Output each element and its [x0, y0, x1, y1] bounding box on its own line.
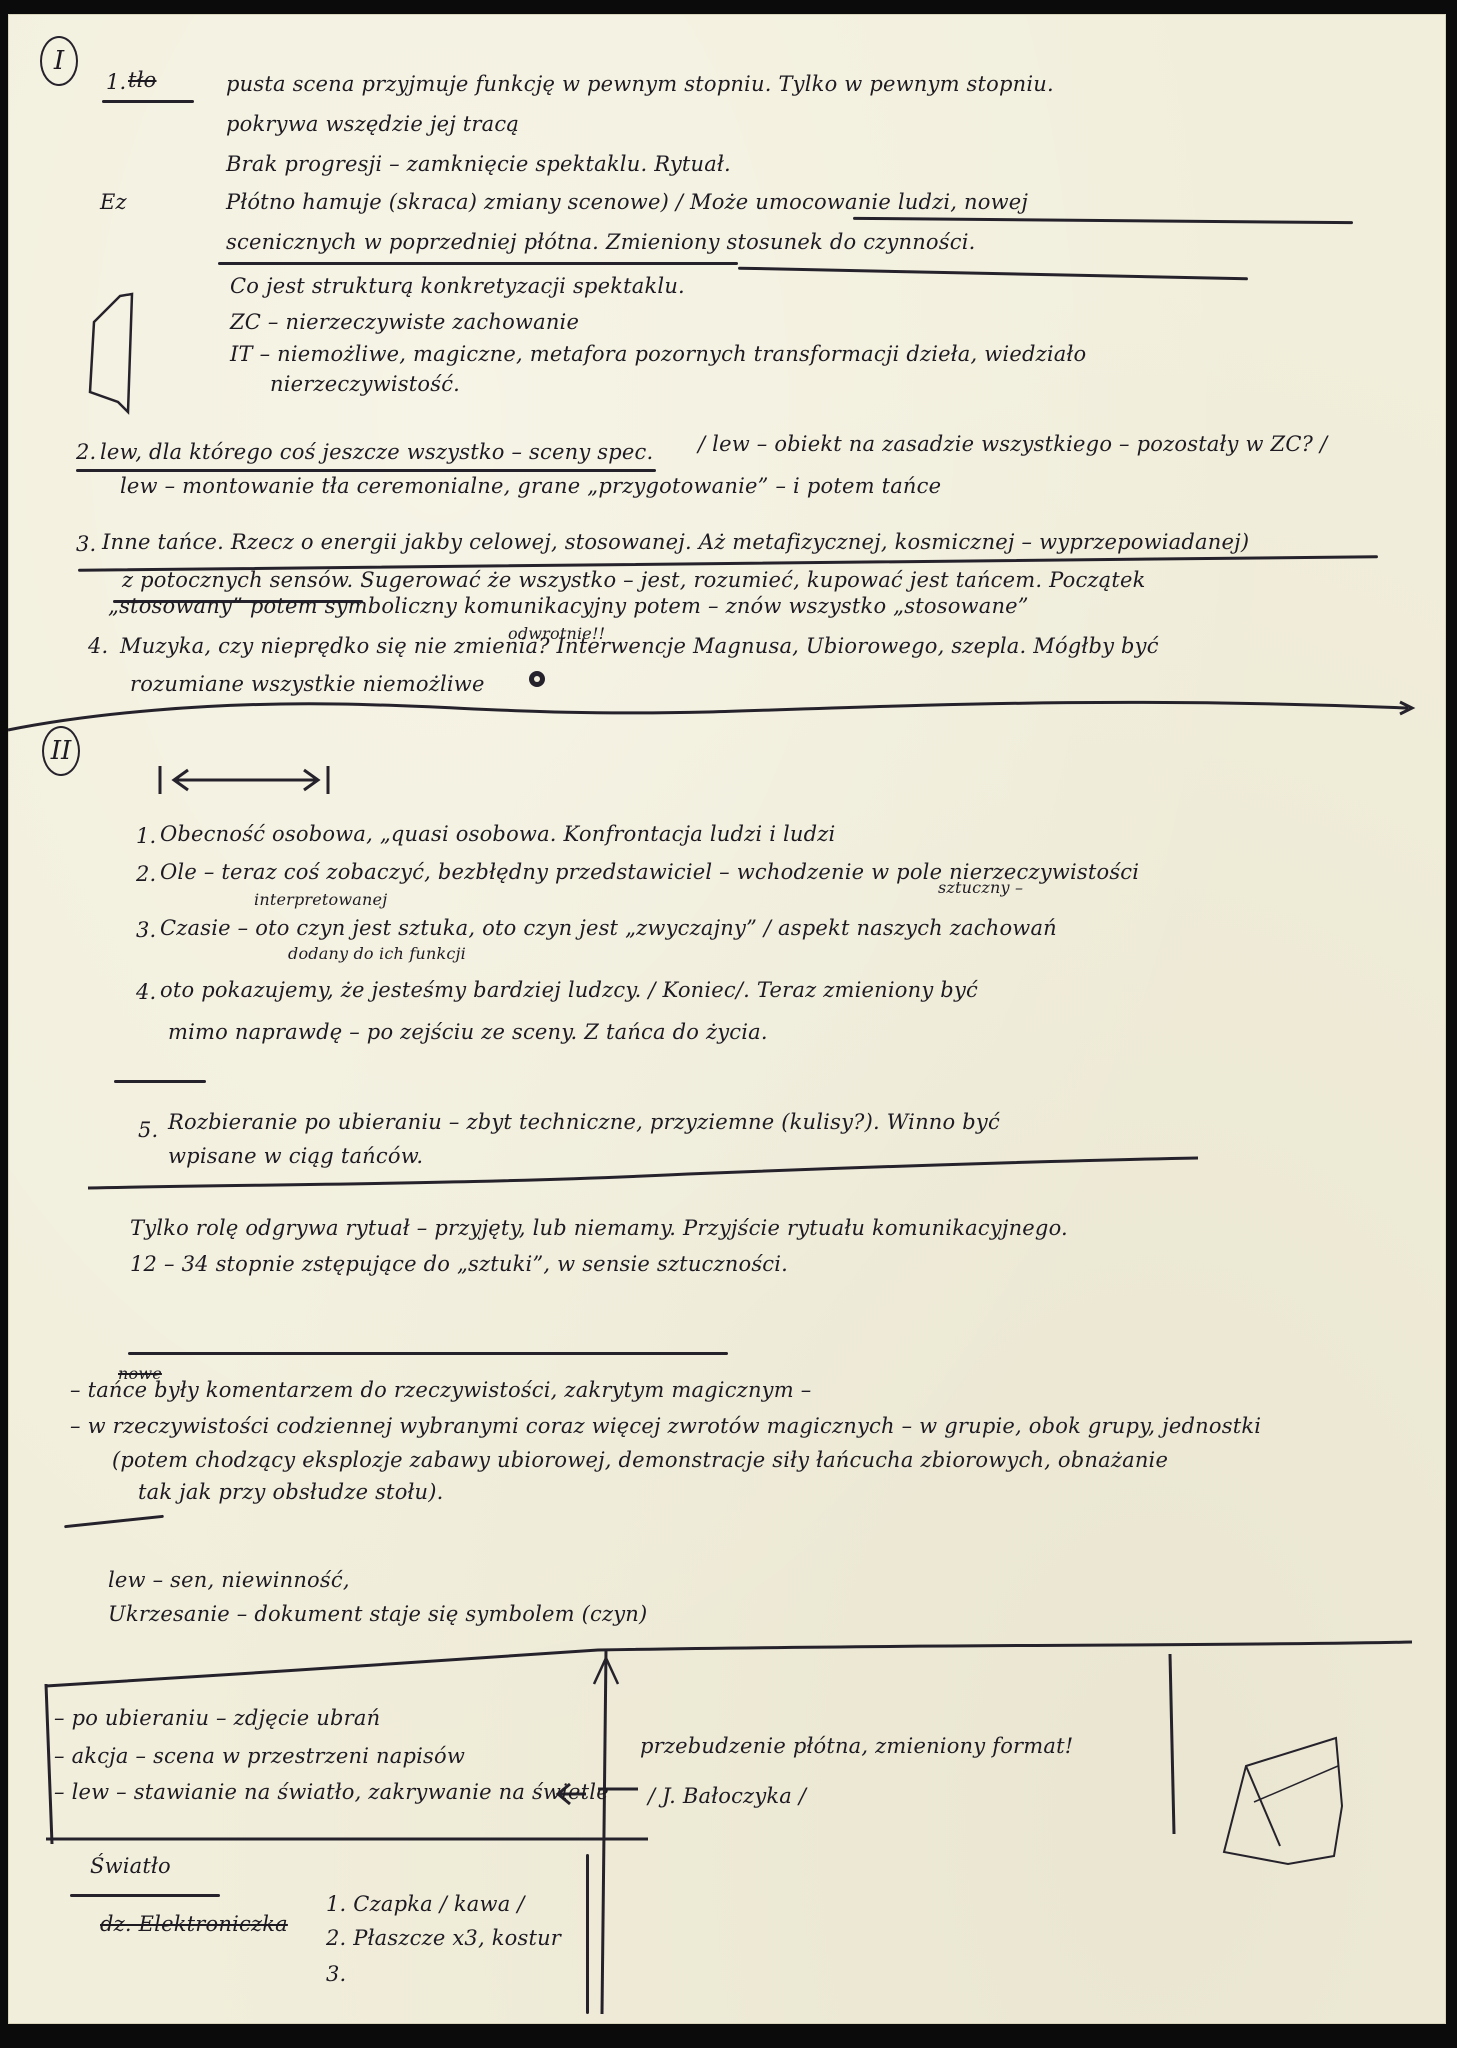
item-number: 3. — [76, 534, 96, 555]
box-bullet: – akcja – scena w przestrzeni napisów — [54, 1746, 465, 1767]
text-line: lew – montowanie tła ceremonialne, grane… — [120, 476, 941, 497]
short-divider — [64, 1515, 164, 1528]
vertical-divider — [586, 1854, 589, 2014]
item-number: 1. — [106, 72, 126, 93]
underline — [853, 217, 1353, 224]
bullet-line: (potem chodzący eksplozje zabawy ubiorow… — [112, 1450, 1168, 1471]
text-line: mimo naprawdę – po zejściu ze sceny. Z t… — [168, 1022, 768, 1043]
item-number: 3. — [136, 920, 156, 941]
section-marker-label: II — [51, 736, 72, 766]
text-line: Czasie – oto czyn jest sztuka, oto czyn … — [160, 918, 1057, 939]
text-line: Co jest strukturą konkretyzacji spektakl… — [230, 276, 685, 297]
text-line: Ukrzesanie – dokument staje się symbolem… — [108, 1604, 647, 1625]
bullet-line: tak jak przy obsłudze stołu). — [138, 1482, 444, 1503]
text-line: scenicznych w poprzedniej płótna. Zmieni… — [226, 232, 976, 253]
manuscript-page: I 1. tło pusta scena przyjmuje funkcję w… — [8, 14, 1446, 2024]
underline — [738, 267, 1248, 281]
underline — [218, 262, 738, 265]
lower-left-heading: Światło — [90, 1856, 171, 1877]
text-line: pokrywa wszędzie jej tracą — [226, 114, 519, 135]
section-divider — [128, 1352, 728, 1355]
text-line: lew – sen, niewinność, — [108, 1570, 350, 1591]
text-line: IT – niemożliwe, magiczne, metafora pozo… — [230, 344, 1086, 365]
text-line: Rozbieranie po ubieraniu – zbyt technicz… — [168, 1112, 1000, 1133]
bracket-note: / J. Bałoczyka / — [648, 1786, 806, 1807]
text-line: Tylko rolę odgrywa rytuał – przyjęty, lu… — [130, 1218, 1068, 1239]
text-line: Obecność osobowa, „quasi osobowa. Konfro… — [160, 824, 835, 845]
underline — [76, 469, 656, 472]
text-line: pusta scena przyjmuje funkcję w pewnym s… — [226, 74, 1054, 95]
box-bullet: – lew – stawianie na światło, zakrywanie… — [54, 1782, 609, 1803]
section-marker-label: I — [54, 46, 64, 76]
struck-heading: tło — [128, 70, 157, 91]
text-line: lew, dla którego coś jeszcze wszystko – … — [100, 442, 653, 463]
list-item: 1. Czapka / kawa / — [326, 1894, 525, 1915]
interlinear-note: sztuczny – — [938, 880, 1023, 896]
section-marker-ii: II — [42, 726, 80, 776]
underline — [102, 100, 194, 103]
text-line: ZC – nierzeczywiste zachowanie — [230, 312, 579, 333]
bullet-line: – tańce były komentarzem do rzeczywistoś… — [70, 1380, 811, 1401]
text-line: „stosowany” potem symboliczny komunikacy… — [108, 596, 1029, 617]
margin-mark: Ez — [100, 192, 127, 213]
text-line: Płótno hamuje (skraca) zmiany scenowe) /… — [226, 192, 1028, 213]
text-line: Muzyka, czy nieprędko się nie zmienia? I… — [120, 636, 1159, 657]
item-number: 5. — [138, 1120, 158, 1141]
sub-note: dodany do ich funkcji — [288, 946, 466, 962]
section-divider — [88, 1154, 1208, 1194]
section-marker-i: I — [40, 36, 78, 86]
item-number: 1. — [136, 826, 156, 847]
text-line: Inne tańce. Rzecz o energii jakby celowe… — [102, 532, 1249, 553]
short-divider — [70, 1894, 220, 1897]
box-frame — [38, 1634, 1418, 2034]
list-item: 2. Płaszcze x3, kostur — [326, 1928, 561, 1949]
bullet-dot-icon — [526, 668, 548, 690]
section-divider — [8, 694, 1428, 734]
item-number: 4. — [136, 982, 156, 1003]
double-arrow-icon — [156, 762, 336, 798]
text-line: z potocznych sensów. Sugerować że wszyst… — [122, 570, 1146, 591]
box-bullet: – po ubieraniu – zdjęcie ubrań — [54, 1708, 380, 1729]
sub-note: interpretowanej — [254, 892, 387, 908]
text-line: oto pokazujemy, że jesteśmy bardziej lud… — [160, 980, 978, 1001]
shield-sketch-icon — [1218, 1736, 1348, 1876]
trapezoid-sketch-icon — [80, 292, 140, 422]
text-line: rozumiane wszystkie niemożliwe — [130, 674, 485, 695]
list-item: 3. — [326, 1964, 346, 1985]
bullet-line: – w rzeczywistości codziennej wybranymi … — [70, 1416, 1261, 1437]
text-line: 12 – 34 stopnie zstępujące do „sztuki”, … — [130, 1254, 788, 1275]
arrow-note: przebudzenie płótna, zmieniony format! — [640, 1736, 1073, 1757]
struck-line: dz. Elektroniczka — [100, 1914, 288, 1935]
item-number: 2. — [136, 864, 156, 885]
text-line: Brak progresji – zamknięcie spektaklu. R… — [226, 154, 731, 175]
item-number: 4. — [88, 636, 108, 657]
item-number: 2. — [76, 442, 96, 463]
aside-note: / lew – obiekt na zasadzie wszystkiego –… — [698, 434, 1327, 455]
short-divider — [114, 1080, 206, 1083]
text-line: nierzeczywistość. — [270, 374, 460, 395]
